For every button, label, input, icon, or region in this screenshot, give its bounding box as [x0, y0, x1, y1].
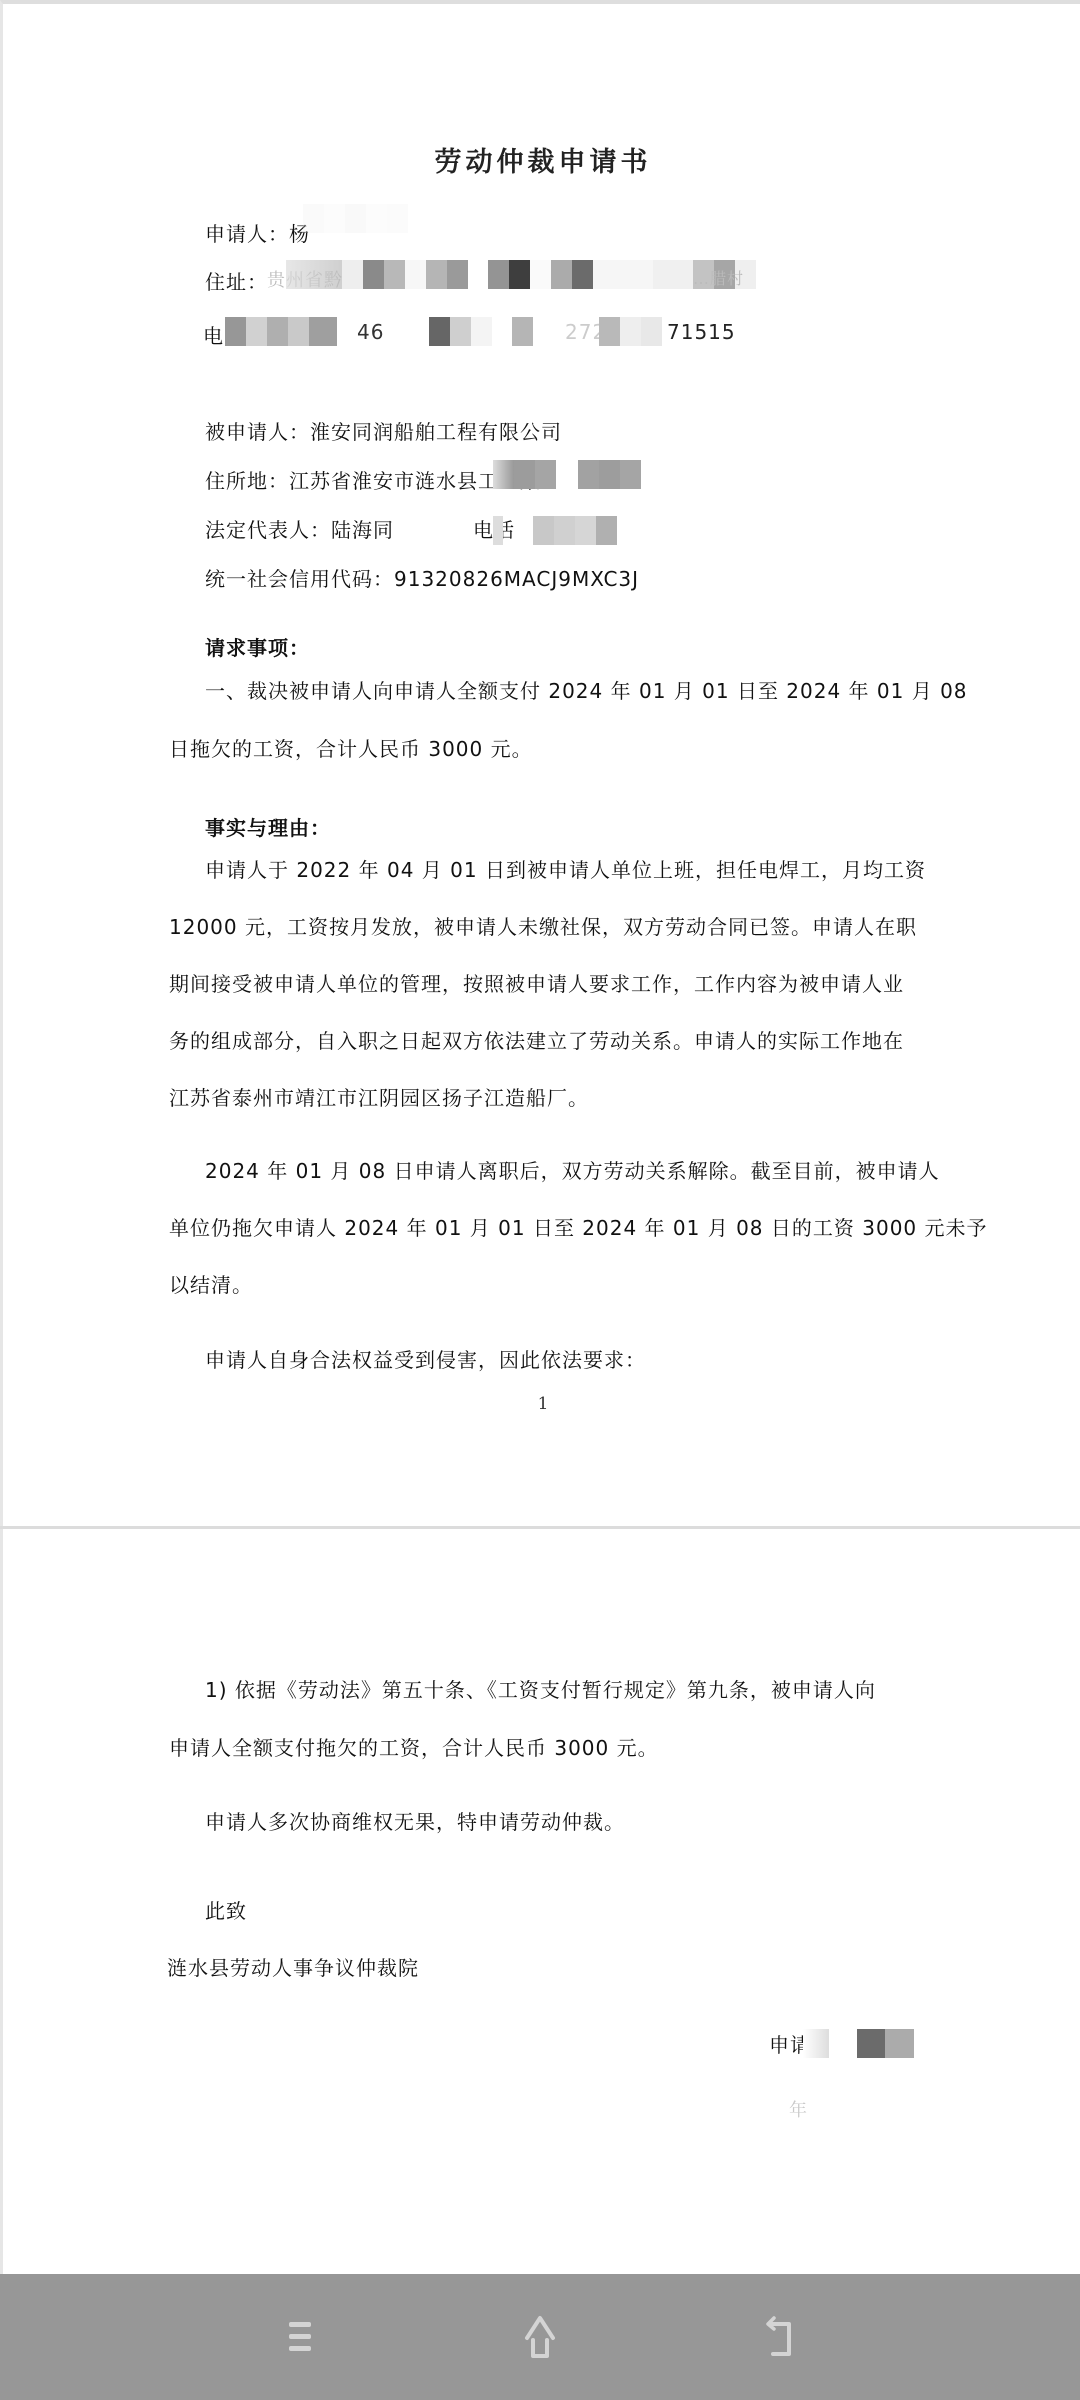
facts-heading: 事实与理由： [205, 812, 331, 841]
applicant-phone-label: 电 [203, 320, 224, 349]
document-page-2: 1) 依据《劳动法》第五十条、《工资支付暂行规定》第九条，被申请人向 申请人全额… [0, 1529, 1080, 2274]
applicant-name: 申请人：杨 [205, 218, 310, 247]
home-button[interactable] [504, 2306, 576, 2368]
salutation: 此致 [205, 1895, 247, 1924]
respondent-address: 住所地：江苏省淮安市涟水县工业集 [205, 465, 541, 494]
closing-statement: 申请人多次协商维权无果，特申请劳动仲裁。 [205, 1806, 625, 1835]
document-page-1: 劳动仲裁申请书 申请人：杨 住址： 贵州省黔南… …腊村 电 46 272 71… [0, 0, 1080, 1526]
facts-p1-line-3: 期间接受被申请人单位的管理，按照被申请人要求工作，工作内容为被申请人业 [169, 968, 904, 997]
facts-p1-line-2: 12000 元，工资按月发放，被申请人未缴社保，双方劳动合同已签。申请人在职 [169, 911, 917, 940]
menu-button[interactable] [264, 2306, 336, 2368]
applicant-phone-fragment-1: 46 [357, 320, 384, 344]
redacted-block [303, 204, 408, 233]
applicant-address-label: 住址： [205, 266, 268, 295]
redacted-signature [803, 2029, 914, 2058]
legal-representative: 法定代表人：陆海同 [205, 514, 394, 543]
credit-code: 统一社会信用代码：91320826MACJ9MXC3J [205, 563, 639, 592]
page-number: 1 [3, 1394, 1080, 1414]
redacted-phone [225, 317, 337, 346]
facts-p1-line-4: 务的组成部分，自入职之日起双方依法建立了劳动关系。申请人的实际工作地在 [169, 1025, 904, 1054]
facts-p2-line-3: 以结清。 [169, 1269, 253, 1298]
claims-heading: 请求事项： [205, 632, 310, 661]
redacted-phone-2 [429, 317, 533, 346]
system-nav-bar [0, 2274, 1080, 2400]
facts-p2-line-2: 单位仍拖欠申请人 2024 年 01 月 01 日至 2024 年 01 月 0… [169, 1212, 988, 1241]
facts-p1-line-5: 江苏省泰州市靖江市江阴园区扬子江造船厂。 [169, 1082, 589, 1111]
demand-line-1: 1) 依据《劳动法》第五十条、《工资支付暂行规定》第九条，被申请人向 [205, 1674, 876, 1703]
applicant-address-fragment-2: …腊村 [693, 266, 744, 289]
document-viewer[interactable]: 劳动仲裁申请书 申请人：杨 住址： 贵州省黔南… …腊村 电 46 272 71… [0, 0, 1080, 2274]
facts-p1-line-1: 申请人于 2022 年 04 月 01 日到被申请人单位上班，担任电焊工，月均工… [205, 854, 926, 883]
claims-line-1: 一、裁决被申请人向申请人全额支付 2024 年 01 月 01 日至 2024 … [205, 675, 968, 704]
facts-p2-line-1: 2024 年 01 月 08 日申请人离职后，双方劳动关系解除。截至目前，被申请… [205, 1155, 940, 1184]
redacted-respondent-phone [493, 516, 617, 545]
redacted-respondent-address [493, 460, 641, 489]
demand-line-2: 申请人全额支付拖欠的工资，合计人民币 3000 元。 [169, 1732, 659, 1761]
redacted-phone-3 [599, 317, 662, 346]
applicant-phone-fragment-3: 71515 [667, 320, 736, 344]
document-title: 劳动仲裁申请书 [3, 140, 1080, 179]
respondent-name: 被申请人：淮安同润船舶工程有限公司 [205, 416, 562, 445]
redacted-address [286, 260, 756, 289]
recipient: 涟水县劳动人事争议仲裁院 [167, 1952, 419, 1981]
back-icon [765, 2314, 795, 2360]
menu-icon [287, 2317, 313, 2357]
back-button[interactable] [744, 2306, 816, 2368]
claims-line-2: 日拖欠的工资，合计人民币 3000 元。 [169, 733, 533, 762]
home-icon [523, 2314, 557, 2360]
facts-p3: 申请人自身合法权益受到侵害，因此依法要求： [205, 1344, 646, 1373]
date-fragment: 年 [789, 2096, 808, 2122]
